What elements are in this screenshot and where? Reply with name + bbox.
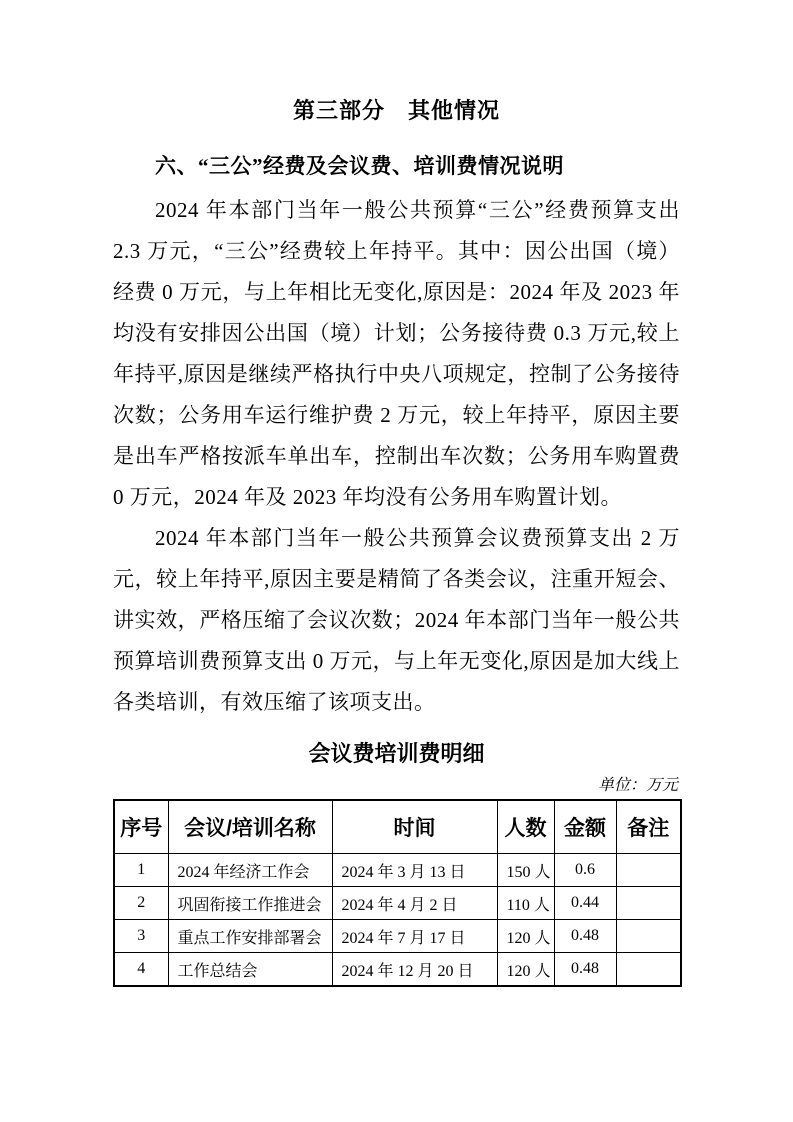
cell-remark: [616, 953, 681, 987]
table-row: 1 2024 年经济工作会 2024 年 3 月 13 日 150 人 0.6: [114, 854, 681, 887]
table-title: 会议费培训费明细: [113, 738, 680, 770]
header-seq: 序号: [114, 800, 168, 854]
cell-people: 120 人: [497, 920, 554, 953]
table-row: 3 重点工作安排部署会 2024 年 7 月 17 日 120 人 0.48: [114, 920, 681, 953]
cell-seq: 4: [114, 953, 168, 987]
cell-amount: 0.44: [554, 887, 616, 920]
cell-time: 2024 年 7 月 17 日: [332, 920, 497, 953]
paragraph-sangong-expenses: 2024 年本部门当年一般公共预算“三公”经费预算支出 2.3 万元，“三公”经…: [113, 190, 680, 518]
cell-name: 工作总结会: [168, 953, 332, 987]
table-row: 2 巩固衔接工作推进会 2024 年 4 月 2 日 110 人 0.44: [114, 887, 681, 920]
cell-time: 2024 年 12 月 20 日: [332, 953, 497, 987]
cell-time: 2024 年 3 月 13 日: [332, 854, 497, 887]
cell-name: 重点工作安排部署会: [168, 920, 332, 953]
table-header-row: 序号 会议/培训名称 时间 人数 金额 备注: [114, 800, 681, 854]
cell-amount: 0.48: [554, 920, 616, 953]
paragraph-meeting-training-expenses: 2024 年本部门当年一般公共预算会议费预算支出 2 万元，较上年持平,原因主要…: [113, 518, 680, 723]
header-people: 人数: [497, 800, 554, 854]
header-amount: 金额: [554, 800, 616, 854]
table-row: 4 工作总结会 2024 年 12 月 20 日 120 人 0.48: [114, 953, 681, 987]
cell-amount: 0.6: [554, 854, 616, 887]
cell-remark: [616, 920, 681, 953]
cell-amount: 0.48: [554, 953, 616, 987]
cell-seq: 1: [114, 854, 168, 887]
cell-time: 2024 年 4 月 2 日: [332, 887, 497, 920]
cell-people: 150 人: [497, 854, 554, 887]
cell-name: 2024 年经济工作会: [168, 854, 332, 887]
document-page: 第三部分 其他情况 六、“三公”经费及会议费、培训费情况说明 2024 年本部门…: [0, 0, 793, 1122]
cell-name: 巩固衔接工作推进会: [168, 887, 332, 920]
unit-note: 单位：万元: [113, 776, 678, 796]
cell-seq: 2: [114, 887, 168, 920]
header-time: 时间: [332, 800, 497, 854]
cell-seq: 3: [114, 920, 168, 953]
cell-people: 120 人: [497, 953, 554, 987]
part-title: 第三部分 其他情况: [113, 96, 680, 126]
header-remark: 备注: [616, 800, 681, 854]
cell-people: 110 人: [497, 887, 554, 920]
cell-remark: [616, 854, 681, 887]
meeting-training-detail-table: 序号 会议/培训名称 时间 人数 金额 备注 1 2024 年经济工作会 202…: [113, 799, 682, 987]
cell-remark: [616, 887, 681, 920]
section-heading: 六、“三公”经费及会议费、培训费情况说明: [113, 146, 680, 186]
header-name: 会议/培训名称: [168, 800, 332, 854]
